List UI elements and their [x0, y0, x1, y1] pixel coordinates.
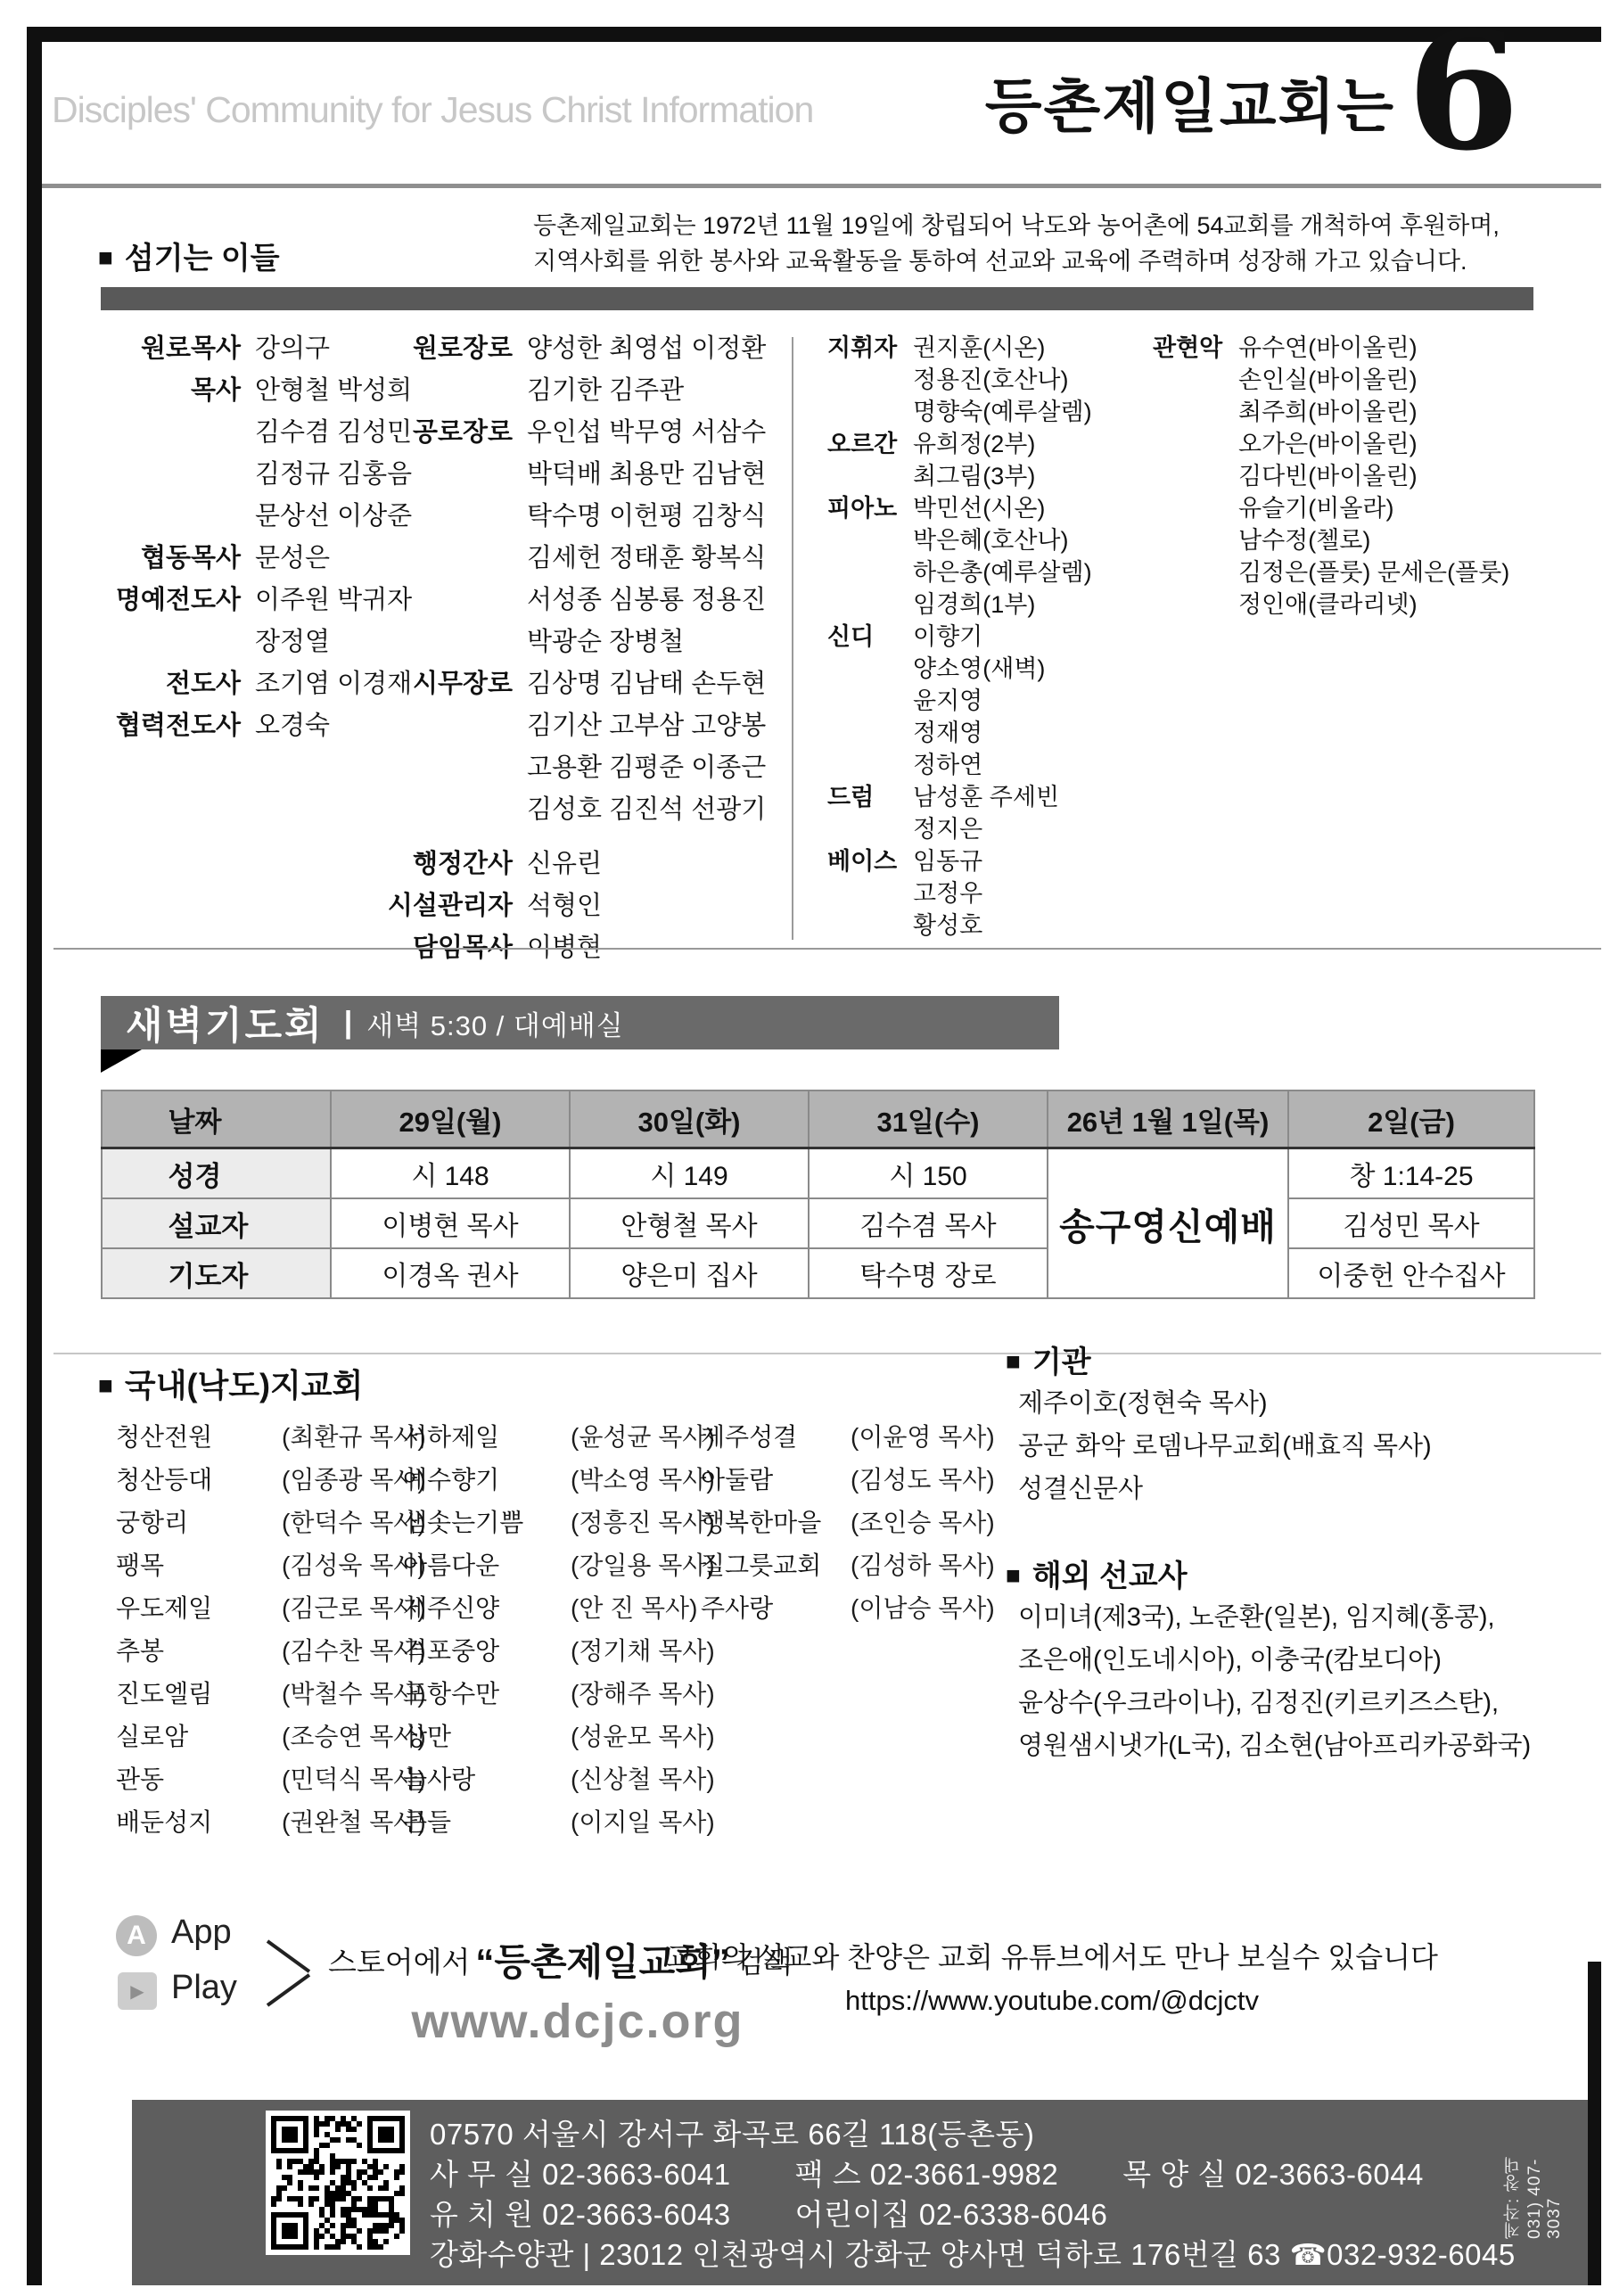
section-divider-rule — [53, 948, 1601, 950]
church-name: 추봉 — [116, 1630, 267, 1673]
serving-row: 공로장로우인섭 박무영 서삼수 — [374, 412, 766, 454]
youtube-url: https://www.youtube.com/@dcjctv — [660, 1985, 1444, 2017]
table-cell: 이병현 목사 — [331, 1198, 570, 1248]
church-name: 아둘람 — [701, 1459, 836, 1502]
table-row-label: 설교자 — [102, 1198, 331, 1248]
table-cell: 안형철 목사 — [570, 1198, 809, 1248]
church-name: 진도엘림 — [116, 1673, 267, 1716]
church-name: 우도제일 — [116, 1587, 267, 1630]
serving-member-names: 고정우 — [913, 877, 982, 909]
serving-role-label: 목사 — [103, 370, 241, 412]
table-row-label-text: 성경 — [168, 1154, 265, 1194]
serving-role-label: 명예전도사 — [103, 580, 241, 621]
serving-row: 원로목사강의구 — [103, 328, 412, 370]
serving-role-label: 시설관리자 — [374, 885, 513, 927]
serving-row: 고용환 김평준 이종근 — [374, 747, 766, 789]
serving-row: 행정간사신유린 — [374, 844, 766, 885]
church-row: 팽목(김성욱 목사) — [116, 1544, 426, 1587]
church-name: 서하제일 — [403, 1416, 556, 1459]
church-row: 격포중앙(정기채 목사) — [403, 1630, 715, 1673]
table-cell: 김수겸 목사 — [809, 1198, 1048, 1248]
dawn-prayer-table-body: 성경시 148시 149시 150송구영신예배창 1:14-25설교자이병현 목… — [102, 1148, 1534, 1299]
square-bullet-icon: ■ — [1006, 1561, 1021, 1589]
serving-role-label: 신디 — [827, 621, 900, 653]
missionaries-heading: ■해외 선교사 — [1006, 1551, 1188, 1595]
serving-role-label: 공로장로 — [374, 412, 513, 454]
page-border-top — [27, 27, 1601, 42]
church-pastor: (신상철 목사) — [571, 1758, 715, 1801]
serving-role-label: 시무장로 — [374, 663, 513, 705]
branch-heading-label: 국내(낙도)지교회 — [125, 1367, 363, 1403]
church-pastor: (김성도 목사) — [851, 1459, 995, 1502]
serving-row: 임경희(1부) — [827, 588, 1092, 621]
institutions-heading-label: 기관 — [1032, 1346, 1091, 1379]
serving-row: 협력전도사오경숙 — [103, 705, 412, 747]
table-header-cell: 29일(월) — [331, 1090, 570, 1148]
serving-column-divider — [792, 337, 793, 940]
table-cell: 이경옥 권사 — [331, 1248, 570, 1298]
footer-bar: 07570 서울시 강서구 화곡로 66길 118(등촌동) 사 무 실 02-… — [132, 2100, 1588, 2285]
serving-role-label — [827, 588, 900, 621]
table-cell: 탁수명 장로 — [809, 1248, 1048, 1298]
print-credit: 제작: 창대 031) 407-3037 — [1501, 2146, 1565, 2239]
church-name: 상만 — [403, 1716, 556, 1758]
table-row-label-text: 설교자 — [168, 1204, 265, 1244]
serving-role-label — [374, 747, 513, 789]
serving-row: 지휘자권지훈(시온) — [827, 332, 1092, 364]
serving-role-label — [1153, 524, 1226, 556]
church-row: 질그릇교회(김성하 목사) — [701, 1544, 995, 1587]
dawn-prayer-table-head: 날짜29일(월)30일(화)31일(수)26년 1월 1일(목)2일(금) — [102, 1090, 1534, 1148]
church-name: 관동 — [116, 1758, 267, 1801]
serving-member-names: 고용환 김평준 이종근 — [527, 747, 766, 789]
branch-churches-column-1: 청산전원(최환규 목사)청산등대(임종광 목사)궁항리(한덕수 목사)팽목(김성… — [116, 1416, 426, 1844]
serving-heading-label: 섬기는 이들 — [125, 242, 280, 276]
serving-role-label — [374, 621, 513, 663]
angle-bracket-icon — [267, 1939, 310, 1972]
serving-member-names: 유슬기(비올라) — [1238, 492, 1393, 524]
serving-member-names: 오가은(바이올린) — [1238, 428, 1418, 460]
missionaries-heading-label: 해외 선교사 — [1032, 1559, 1188, 1593]
church-row: 행복한마을(조인승 목사) — [701, 1502, 995, 1544]
page-number: 6 — [1407, 20, 1585, 162]
branch-churches-column-3: 제주성결(이윤영 목사)아둘람(김성도 목사)행복한마을(조인승 목사)질그릇교… — [701, 1416, 995, 1630]
serving-row: 김세헌 정태훈 황복식 — [374, 538, 766, 580]
serving-role-label — [374, 705, 513, 747]
angle-bracket-icon — [267, 1973, 310, 2006]
church-name: 제주성결 — [701, 1416, 836, 1459]
serving-role-label — [374, 789, 513, 831]
serving-row: 김정규 김홍음 — [103, 454, 412, 496]
serving-member-names: 유희정(2부) — [913, 428, 1035, 460]
serving-role-label: 협동목사 — [103, 538, 241, 580]
square-bullet-icon: ■ — [98, 243, 113, 271]
footer-phone-entry: 팩 스 02-3661-9982 — [795, 2154, 1059, 2194]
play-store-label: Play — [171, 1969, 237, 2007]
church-row: 샘솟는기쁨(정흥진 목사) — [403, 1502, 715, 1544]
serving-section-heading: ■섬기는 이들 — [98, 234, 280, 277]
serving-section-bar — [101, 287, 1533, 310]
serving-row: 양소영(새벽) — [827, 653, 1092, 685]
serving-member-names: 탁수명 이헌평 김창식 — [527, 496, 766, 538]
serving-member-names: 박은혜(호산나) — [913, 524, 1068, 556]
serving-row: 김기산 고부삼 고양봉 — [374, 705, 766, 747]
serving-row: 최그림(3부) — [827, 460, 1092, 492]
serving-row: 정인애(클라리넷) — [1153, 588, 1509, 621]
table-cell: 이중헌 안수집사 — [1288, 1248, 1534, 1298]
dawn-prayer-title: 새벽기도회 — [126, 996, 325, 1050]
missionary-line: 윤상수(우크라이나), 김정진(키르키즈스탄), — [1018, 1682, 1531, 1724]
serving-row: 목사안형철 박성희 — [103, 370, 412, 412]
footer-phone-line-1: 사 무 실 02-3663-6041팩 스 02-3661-9982목 양 실 … — [430, 2154, 1516, 2194]
serving-row: 탁수명 이헌평 김창식 — [374, 496, 766, 538]
serving-role-label: 협력전도사 — [103, 705, 241, 747]
serving-member-names: 김기한 김주관 — [527, 370, 684, 412]
serving-member-names: 김성호 김진석 선광기 — [527, 789, 766, 831]
table-cell: 김성민 목사 — [1288, 1198, 1534, 1248]
church-name: 청산등대 — [116, 1459, 267, 1502]
serving-row: 황성호 — [827, 909, 1092, 942]
serving-role-label — [1153, 492, 1226, 524]
dawn-prayer-banner: 새벽기도회 | 새벽 5:30 / 대예배실 — [101, 996, 1059, 1049]
serving-row: 김정은(플룻) 문세은(플룻) — [1153, 556, 1509, 588]
table-header-row: 날짜29일(월)30일(화)31일(수)26년 1월 1일(목)2일(금) — [102, 1090, 1534, 1148]
serving-role-label — [827, 364, 900, 396]
dawn-prayer-subtitle: 새벽 5:30 / 대예배실 — [366, 1003, 623, 1043]
serving-member-names: 김세헌 정태훈 황복식 — [527, 538, 766, 580]
missionary-line: 영원샘시냇가(L국), 김소현(남아프리카공화국) — [1018, 1724, 1531, 1767]
serving-member-names: 우인섭 박무영 서삼수 — [527, 412, 766, 454]
header-korean-title: 등촌제일교회는 — [892, 59, 1395, 144]
serving-member-names: 정인애(클라리넷) — [1238, 588, 1418, 621]
serving-member-names: 남수정(첼로) — [1238, 524, 1370, 556]
serving-row: 유슬기(비올라) — [1153, 492, 1509, 524]
church-row: 서하제일(윤성균 목사) — [403, 1416, 715, 1459]
footer-phone-entry: 유 치 원 02-3663-6043 — [430, 2194, 731, 2234]
dawn-prayer-table: 날짜29일(월)30일(화)31일(수)26년 1월 1일(목)2일(금) 성경… — [101, 1090, 1535, 1299]
intro-line-2: 지역사회를 위한 봉사와 교육활동을 통하여 선교와 교육에 주력하며 성장해 … — [533, 243, 1500, 279]
table-row-label: 기도자 — [102, 1248, 331, 1298]
church-row: 추봉(김수찬 목사) — [116, 1630, 426, 1673]
church-pastor: (윤성균 목사) — [571, 1416, 715, 1459]
serving-row: 남수정(첼로) — [1153, 524, 1509, 556]
serving-role-label — [1153, 460, 1226, 492]
serving-member-names: 강의구 — [255, 328, 330, 370]
footer-phone-entry: 목 양 실 02-3663-6044 — [1122, 2154, 1424, 2194]
bulletin-page: Disciples' Community for Jesus Christ In… — [0, 0, 1611, 2296]
serving-member-names: 서성종 심봉룡 정용진 — [527, 580, 766, 621]
serving-member-names: 윤지영 — [913, 685, 982, 717]
serving-member-names: 박덕배 최용만 김남현 — [527, 454, 766, 496]
church-row: 청산전원(최환규 목사) — [116, 1416, 426, 1459]
table-merged-cell: 송구영신예배 — [1048, 1148, 1288, 1299]
serving-role-label — [103, 496, 241, 538]
serving-role-label: 오르간 — [827, 428, 900, 460]
footer-phone-line-2: 유 치 원 02-3663-6043어린이집 02-6338-6046 — [430, 2194, 1516, 2234]
serving-row: 김다빈(바이올린) — [1153, 460, 1509, 492]
table-row: 기도자이경옥 권사양은미 집사탁수명 장로이중헌 안수집사 — [102, 1248, 1534, 1298]
serving-row: 박광순 장병철 — [374, 621, 766, 663]
church-name: 예수향기 — [403, 1459, 556, 1502]
serving-member-names: 임경희(1부) — [913, 588, 1035, 621]
serving-role-label — [827, 653, 900, 685]
serving-role-label: 드럼 — [827, 781, 900, 813]
serving-row: 김성호 김진석 선광기 — [374, 789, 766, 831]
serving-member-names: 김정은(플룻) 문세은(플룻) — [1238, 556, 1509, 588]
serving-member-names: 명향숙(예루살렘) — [913, 396, 1092, 428]
church-row: 예수향기(박소영 목사) — [403, 1459, 715, 1502]
church-pastor: (정흥진 목사) — [571, 1502, 715, 1544]
serving-role-label — [827, 717, 900, 749]
serving-member-names: 임동규 — [913, 845, 982, 877]
serving-role-label — [827, 909, 900, 942]
table-header-cell: 26년 1월 1일(목) — [1048, 1090, 1288, 1148]
serving-member-names: 박광순 장병철 — [527, 621, 684, 663]
serving-member-names: 김다빈(바이올린) — [1238, 460, 1418, 492]
serving-role-label: 베이스 — [827, 845, 900, 877]
serving-role-label — [827, 524, 900, 556]
table-cell: 양은미 집사 — [570, 1248, 809, 1298]
serving-row: 정지은 — [827, 813, 1092, 845]
church-name: 큰들 — [403, 1801, 556, 1844]
serving-member-names: 남성훈 주세빈 — [913, 781, 1059, 813]
qr-code — [266, 2111, 410, 2255]
square-bullet-icon: ■ — [98, 1371, 113, 1399]
serving-member-names: 하은총(예루살렘) — [913, 556, 1092, 588]
serving-member-names: 양성한 최영섭 이정환 — [527, 328, 766, 370]
church-row: 상만(성윤모 목사) — [403, 1716, 715, 1758]
serving-member-names: 정재영 — [913, 717, 982, 749]
serving-row: 전도사조기염 이경재 — [103, 663, 412, 705]
serving-member-names: 문성은 — [255, 538, 330, 580]
church-pastor: (김성하 목사) — [851, 1544, 995, 1587]
branch-churches-column-2: 서하제일(윤성균 목사)예수향기(박소영 목사)샘솟는기쁨(정흥진 목사)아름다… — [403, 1416, 715, 1844]
page-border-right — [1588, 1962, 1601, 2285]
serving-role-label: 전도사 — [103, 663, 241, 705]
church-name: 질그릇교회 — [701, 1544, 836, 1587]
serving-role-label: 원로목사 — [103, 328, 241, 370]
serving-member-names: 신유린 — [527, 844, 602, 885]
serving-member-names: 정하연 — [913, 749, 982, 781]
church-name: 실로암 — [116, 1716, 267, 1758]
serving-role-label — [103, 454, 241, 496]
serving-row: 피아노박민선(시온) — [827, 492, 1092, 524]
church-name: 격포중앙 — [403, 1630, 556, 1673]
page-border-left — [27, 27, 42, 2285]
serving-role-label — [1153, 396, 1226, 428]
serving-row: 윤지영 — [827, 685, 1092, 717]
table-row-label-text: 기도자 — [168, 1254, 265, 1294]
institutions-heading: ■기관 — [1006, 1337, 1091, 1381]
serving-role-label — [827, 396, 900, 428]
table-cell: 시 149 — [570, 1148, 809, 1199]
serving-row: 오르간유희정(2부) — [827, 428, 1092, 460]
serving-row: 명예전도사이주원 박귀자 — [103, 580, 412, 621]
church-pastor: (강일용 목사) — [571, 1544, 715, 1587]
serving-row: 협동목사문성은 — [103, 538, 412, 580]
store-search-prefix: 스토어에서 — [328, 1939, 470, 1981]
serving-member-names: 김상명 김남태 손두현 — [527, 663, 766, 705]
church-name: 행복한마을 — [701, 1502, 836, 1544]
serving-role-label — [374, 538, 513, 580]
serving-role-label — [103, 412, 241, 454]
serving-row: 김수겸 김성민 — [103, 412, 412, 454]
serving-row: 정용진(호산나) — [827, 364, 1092, 396]
church-pastor: (이지일 목사) — [571, 1801, 715, 1844]
church-row: 청산등대(임종광 목사) — [116, 1459, 426, 1502]
church-name: 제주신양 — [403, 1587, 556, 1630]
serving-row: 문상선 이상준 — [103, 496, 412, 538]
church-name: 늘사랑 — [403, 1758, 556, 1801]
serving-role-label: 피아노 — [827, 492, 900, 524]
church-pastor: (정기채 목사) — [571, 1630, 715, 1673]
serving-role-label — [827, 877, 900, 909]
serving-role-label — [374, 580, 513, 621]
serving-row: 서성종 심봉룡 정용진 — [374, 580, 766, 621]
section-divider-rule-2 — [53, 1353, 1601, 1354]
church-row: 아름다운(강일용 목사) — [403, 1544, 715, 1587]
table-header-cell: 2일(금) — [1288, 1090, 1534, 1148]
serving-member-names: 손인실(바이올린) — [1238, 364, 1418, 396]
church-pastor: (이남승 목사) — [851, 1587, 995, 1630]
serving-row: 하은총(예루살렘) — [827, 556, 1092, 588]
church-row: 제주성결(이윤영 목사) — [701, 1416, 995, 1459]
serving-role-label: 원로장로 — [374, 328, 513, 370]
serving-role-label — [1153, 364, 1226, 396]
serving-row: 박덕배 최용만 김남현 — [374, 454, 766, 496]
square-bullet-icon: ■ — [1006, 1347, 1021, 1375]
serving-member-names: 최주희(바이올린) — [1238, 396, 1418, 428]
serving-member-names: 석형인 — [527, 885, 602, 927]
table-row: 성경시 148시 149시 150송구영신예배창 1:14-25 — [102, 1148, 1534, 1199]
serving-role-label: 행정간사 — [374, 844, 513, 885]
footer-phone-entry: 어린이집 02-6338-6046 — [795, 2194, 1108, 2234]
footer-retreat-center: 강화수양관 | 23012 인천광역시 강화군 양사면 덕하로 176번길 63… — [430, 2234, 1516, 2275]
serving-member-names: 정지은 — [913, 813, 982, 845]
footer-address: 07570 서울시 강서구 화곡로 66길 118(등촌동) — [430, 2114, 1516, 2154]
branch-churches-heading: ■국내(낙도)지교회 — [98, 1361, 363, 1406]
church-row: 우도제일(김근로 목사) — [116, 1587, 426, 1630]
app-store-label: App — [171, 1913, 232, 1952]
missionary-line: 조은애(인도네시아), 이충국(캄보디아) — [1018, 1639, 1531, 1682]
banner-fold-triangle — [101, 1049, 142, 1073]
serving-row: 관현악유수연(바이올린) — [1153, 332, 1509, 364]
missionary-line: 이미녀(제3국), 노준환(일본), 임지혜(홍콩), — [1018, 1596, 1531, 1639]
serving-member-names: 장정열 — [255, 621, 330, 663]
church-row: 배둔성지(권완철 목사) — [116, 1801, 426, 1844]
serving-row: 신디이향기 — [827, 621, 1092, 653]
church-row: 관동(민덕식 목사) — [116, 1758, 426, 1801]
church-row: 늘사랑(신상철 목사) — [403, 1758, 715, 1801]
serving-role-label — [374, 370, 513, 412]
intro-line-1: 등촌제일교회는 1972년 11월 19일에 창립되어 낙도와 농어촌에 54교… — [533, 208, 1500, 243]
serving-role-label: 관현악 — [1153, 332, 1226, 364]
serving-member-names: 양소영(새벽) — [913, 653, 1045, 685]
church-row: 포항수만(장해주 목사) — [403, 1673, 715, 1716]
church-pastor: (이윤영 목사) — [851, 1416, 995, 1459]
serving-row: 시무장로김상명 김남태 손두현 — [374, 663, 766, 705]
serving-member-names: 오경숙 — [255, 705, 330, 747]
table-header-cell: 31일(수) — [809, 1090, 1048, 1148]
serving-role-label — [827, 813, 900, 845]
table-row-label: 성경 — [102, 1148, 331, 1199]
serving-row: 고정우 — [827, 877, 1092, 909]
serving-role-label — [827, 460, 900, 492]
church-name: 포항수만 — [403, 1673, 556, 1716]
footer-contact-block: 07570 서울시 강서구 화곡로 66길 118(등촌동) 사 무 실 02-… — [430, 2114, 1516, 2275]
church-row: 아둘람(김성도 목사) — [701, 1459, 995, 1502]
church-name: 궁항리 — [116, 1502, 267, 1544]
table-header-cell: 날짜 — [102, 1090, 331, 1148]
serving-member-names: 박민선(시온) — [913, 492, 1045, 524]
serving-role-label — [1153, 556, 1226, 588]
church-row: 실로암(조승연 목사) — [116, 1716, 426, 1758]
serving-row: 정재영 — [827, 717, 1092, 749]
serving-row: 명향숙(예루살렘) — [827, 396, 1092, 428]
church-pastor: (안 진 목사) — [571, 1587, 697, 1630]
youtube-promo-text: 교회의 설교와 찬양은 교회 유튜브에서도 만나 보실수 있습니다 — [660, 1935, 1444, 1976]
church-name: 아름다운 — [403, 1544, 556, 1587]
serving-row: 최주희(바이올린) — [1153, 396, 1509, 428]
serving-row: 정하연 — [827, 749, 1092, 781]
youtube-promo: 교회의 설교와 찬양은 교회 유튜브에서도 만나 보실수 있습니다 https:… — [660, 1935, 1444, 2017]
serving-role-label — [1153, 428, 1226, 460]
church-pastor: (조인승 목사) — [851, 1502, 995, 1544]
serving-member-names: 김기산 고부삼 고양봉 — [527, 705, 766, 747]
table-cell: 창 1:14-25 — [1288, 1148, 1534, 1199]
missionaries-list: 이미녀(제3국), 노준환(일본), 임지혜(홍콩),조은애(인도네시아), 이… — [1018, 1596, 1531, 1767]
serving-row: 시설관리자석형인 — [374, 885, 766, 927]
app-store-icon: A — [116, 1915, 157, 1956]
church-name: 청산전원 — [116, 1416, 267, 1459]
serving-column-pastors: 원로목사강의구목사안형철 박성희김수겸 김성민김정규 김홍음문상선 이상준협동목… — [103, 328, 412, 747]
church-row: 큰들(이지일 목사) — [403, 1801, 715, 1844]
institution-item: 성결신문사 — [1018, 1468, 1432, 1510]
church-name: 배둔성지 — [116, 1801, 267, 1844]
serving-row: 원로장로양성한 최영섭 이정환 — [374, 328, 766, 370]
church-row: 진도엘림(박철수 목사) — [116, 1673, 426, 1716]
serving-member-names: 최그림(3부) — [913, 460, 1035, 492]
header-rule — [42, 184, 1601, 188]
church-pastor: (박소영 목사) — [571, 1459, 715, 1502]
serving-member-names: 권지훈(시온) — [913, 332, 1045, 364]
church-row: 제주신양(안 진 목사) — [403, 1587, 715, 1630]
institution-item: 공군 화악 로뎀나무교회(배효직 목사) — [1018, 1425, 1432, 1468]
serving-row: 김기한 김주관 — [374, 370, 766, 412]
footer-phone-entry: 사 무 실 02-3663-6041 — [430, 2154, 731, 2194]
serving-role-label — [1153, 588, 1226, 621]
church-intro: 등촌제일교회는 1972년 11월 19일에 창립되어 낙도와 농어촌에 54교… — [533, 208, 1500, 279]
serving-member-names: 정용진(호산나) — [913, 364, 1068, 396]
church-name: 주사랑 — [701, 1587, 836, 1630]
church-row: 주사랑(이남승 목사) — [701, 1587, 995, 1630]
serving-role-label — [827, 556, 900, 588]
serving-member-names: 황성호 — [913, 909, 982, 942]
play-store-icon: ▶ — [118, 1972, 157, 2010]
serving-role-label — [103, 621, 241, 663]
serving-row: 베이스임동규 — [827, 845, 1092, 877]
serving-column-elders: 원로장로양성한 최영섭 이정환김기한 김주관공로장로우인섭 박무영 서삼수박덕배… — [374, 328, 766, 969]
serving-role-label — [374, 496, 513, 538]
serving-member-names: 이향기 — [913, 621, 982, 653]
serving-role-label — [374, 454, 513, 496]
serving-column-orchestra: 관현악유수연(바이올린)손인실(바이올린)최주희(바이올린)오가은(바이올린)김… — [1153, 332, 1509, 621]
serving-role-label: 지휘자 — [827, 332, 900, 364]
institutions-list: 제주이호(정현숙 목사)공군 화악 로뎀나무교회(배효직 목사)성결신문사 — [1018, 1382, 1432, 1510]
church-row: 궁항리(한덕수 목사) — [116, 1502, 426, 1544]
serving-row: 손인실(바이올린) — [1153, 364, 1509, 396]
table-header-label: 날짜 — [168, 1099, 265, 1140]
